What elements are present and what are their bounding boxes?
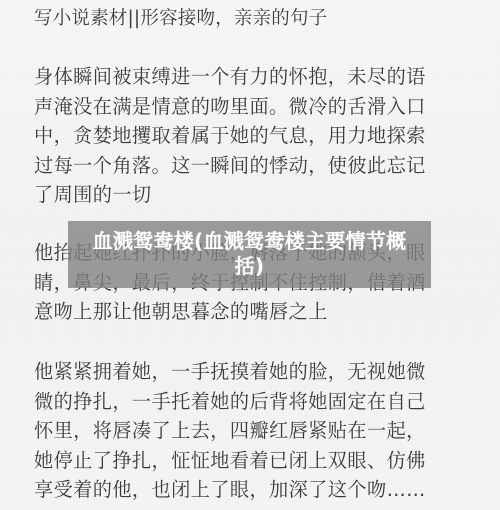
article-title: 写小说素材||形容接吻，亲亲的句子 xyxy=(34,6,327,32)
article-image: 写小说素材||形容接吻，亲亲的句子 身体瞬间被束缚进一个有力的怀抱，未尽的语 声… xyxy=(0,0,500,510)
paragraph-3: 他紧紧拥着她，一手抚摸着她的脸，无视她微 微的挣扎，一手托着她的后背将她固定在自… xyxy=(34,357,474,505)
paragraph-line: 身体瞬间被束缚进一个有力的怀抱，未尽的语 xyxy=(34,62,474,92)
paragraph-line: 声淹没在满是情意的吻里面。微冷的舌滑入口 xyxy=(34,92,474,122)
paragraph-line: 怀里，将唇凑了上去，四瓣红唇紧贴在一起， xyxy=(34,416,474,446)
paragraph-line: 了周围的一切 xyxy=(34,180,474,210)
paragraph-line: 微的挣扎，一手托着她的后背将她固定在自己 xyxy=(34,387,474,417)
paragraph-line: 意吻上那让他朝思暮念的嘴唇之上 xyxy=(34,297,474,327)
caption-overlay: 血溅鸳鸯楼(血溅鸳鸯楼主要情节概括) xyxy=(68,221,431,288)
paragraph-line: 他紧紧拥着她，一手抚摸着她的脸，无视她微 xyxy=(34,357,474,387)
paragraph-line: 过每一个角落。这一瞬间的悸动，使彼此忘记 xyxy=(34,151,474,181)
paragraph-line: 享受着的他，也闭上了眼，加深了这个吻…… xyxy=(34,475,474,505)
paragraph-1: 身体瞬间被束缚进一个有力的怀抱，未尽的语 声淹没在满是情意的吻里面。微冷的舌滑入… xyxy=(34,62,474,210)
paragraph-line: 中，贪婪地攫取着属于她的气息，用力地探索 xyxy=(34,121,474,151)
paragraph-line: 她停止了挣扎，怔怔地看着已闭上双眼、仿佛 xyxy=(34,446,474,476)
caption-text: 血溅鸳鸯楼(血溅鸳鸯楼主要情节概括) xyxy=(78,229,421,279)
